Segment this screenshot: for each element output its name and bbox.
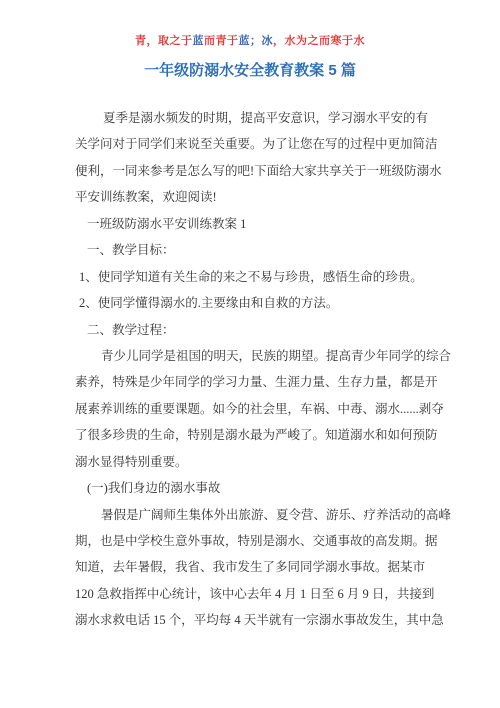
document-line: 1、使同学知道有关生命的来之不易与珍贵，感悟生命的珍贵。 xyxy=(75,264,500,290)
document-body: 夏季是溺水频发的时期，提高平安意识，学习溺水平安的有关学问对于同学们来说至关重要… xyxy=(75,105,500,634)
document-line: 了很多珍贵的生命，特别是溺水最为严峻了。知道溺水和如何预防 xyxy=(75,422,500,448)
document-page: 青，取之于蓝而青于蓝；冰，水为之而寒于水 一年级防溺水安全教育教案 5 篇 夏季… xyxy=(0,0,500,708)
document-line: 青少儿同学是祖国的明天，民族的期望。提高青少年同学的综合 xyxy=(75,343,500,369)
document-line: 一、教学目标： xyxy=(75,237,500,263)
document-line: 展素养训练的重要课题。如今的社会里，车祸、中毒、溺水......剥夺 xyxy=(75,396,500,422)
document-line: 2、使同学懂得溺水的.主要缘由和自救的方法。 xyxy=(75,290,500,316)
document-line: 知道，去年暑假，我省、我市发生了多同同学溺水事故。据某市 xyxy=(75,554,500,580)
document-line: 一班级防溺水平安训练教案 1 xyxy=(75,211,500,237)
document-line: 120 急救指挥中心统计，该中心去年 4 月 1 日至 6 月 9 日，共接到 xyxy=(75,581,500,607)
document-line: 便利，一同来参考是怎么写的吧!下面给大家共享关于一班级防溺水 xyxy=(75,158,500,184)
document-line: 平安训练教案，欢迎阅读! xyxy=(75,184,500,210)
page-title: 一年级防溺水安全教育教案 5 篇 xyxy=(0,59,500,80)
watermark-quote: 青，取之于蓝而青于蓝；冰，水为之而寒于水 xyxy=(0,32,500,48)
watermark-text-part: 而青于 xyxy=(204,35,239,47)
document-line: 关学问对于同学们来说至关重要。为了让您在写的过程中更加简洁 xyxy=(75,131,500,157)
watermark-text-part: ，水为之而寒于水 xyxy=(273,35,365,47)
document-line: 暑假是广阔师生集体外出旅游、夏令营、游乐、疗养活动的高峰 xyxy=(75,502,500,528)
document-line: 夏季是溺水频发的时期，提高平安意识，学习溺水平安的有 xyxy=(75,105,500,131)
document-line: 溺水显得特别重要。 xyxy=(75,449,500,475)
document-line: 期，也是中学校生意外事故，特别是溺水、交通事故的高发期。据 xyxy=(75,528,500,554)
document-line: (一)我们身边的溺水事故 xyxy=(75,475,500,501)
watermark-text-part: 蓝 xyxy=(193,35,205,47)
document-line: 素养，特殊是少年同学的学习力量、生涯力量、生存力量，都是开 xyxy=(75,369,500,395)
document-line: 溺水求救电话 15 个，平均每 4 天半就有一宗溺水事故发生，其中急 xyxy=(75,607,500,633)
watermark-text-part: 蓝；冰 xyxy=(239,35,274,47)
watermark-text-part: 青，取之于 xyxy=(135,35,193,47)
document-line: 二、教学过程： xyxy=(75,317,500,343)
